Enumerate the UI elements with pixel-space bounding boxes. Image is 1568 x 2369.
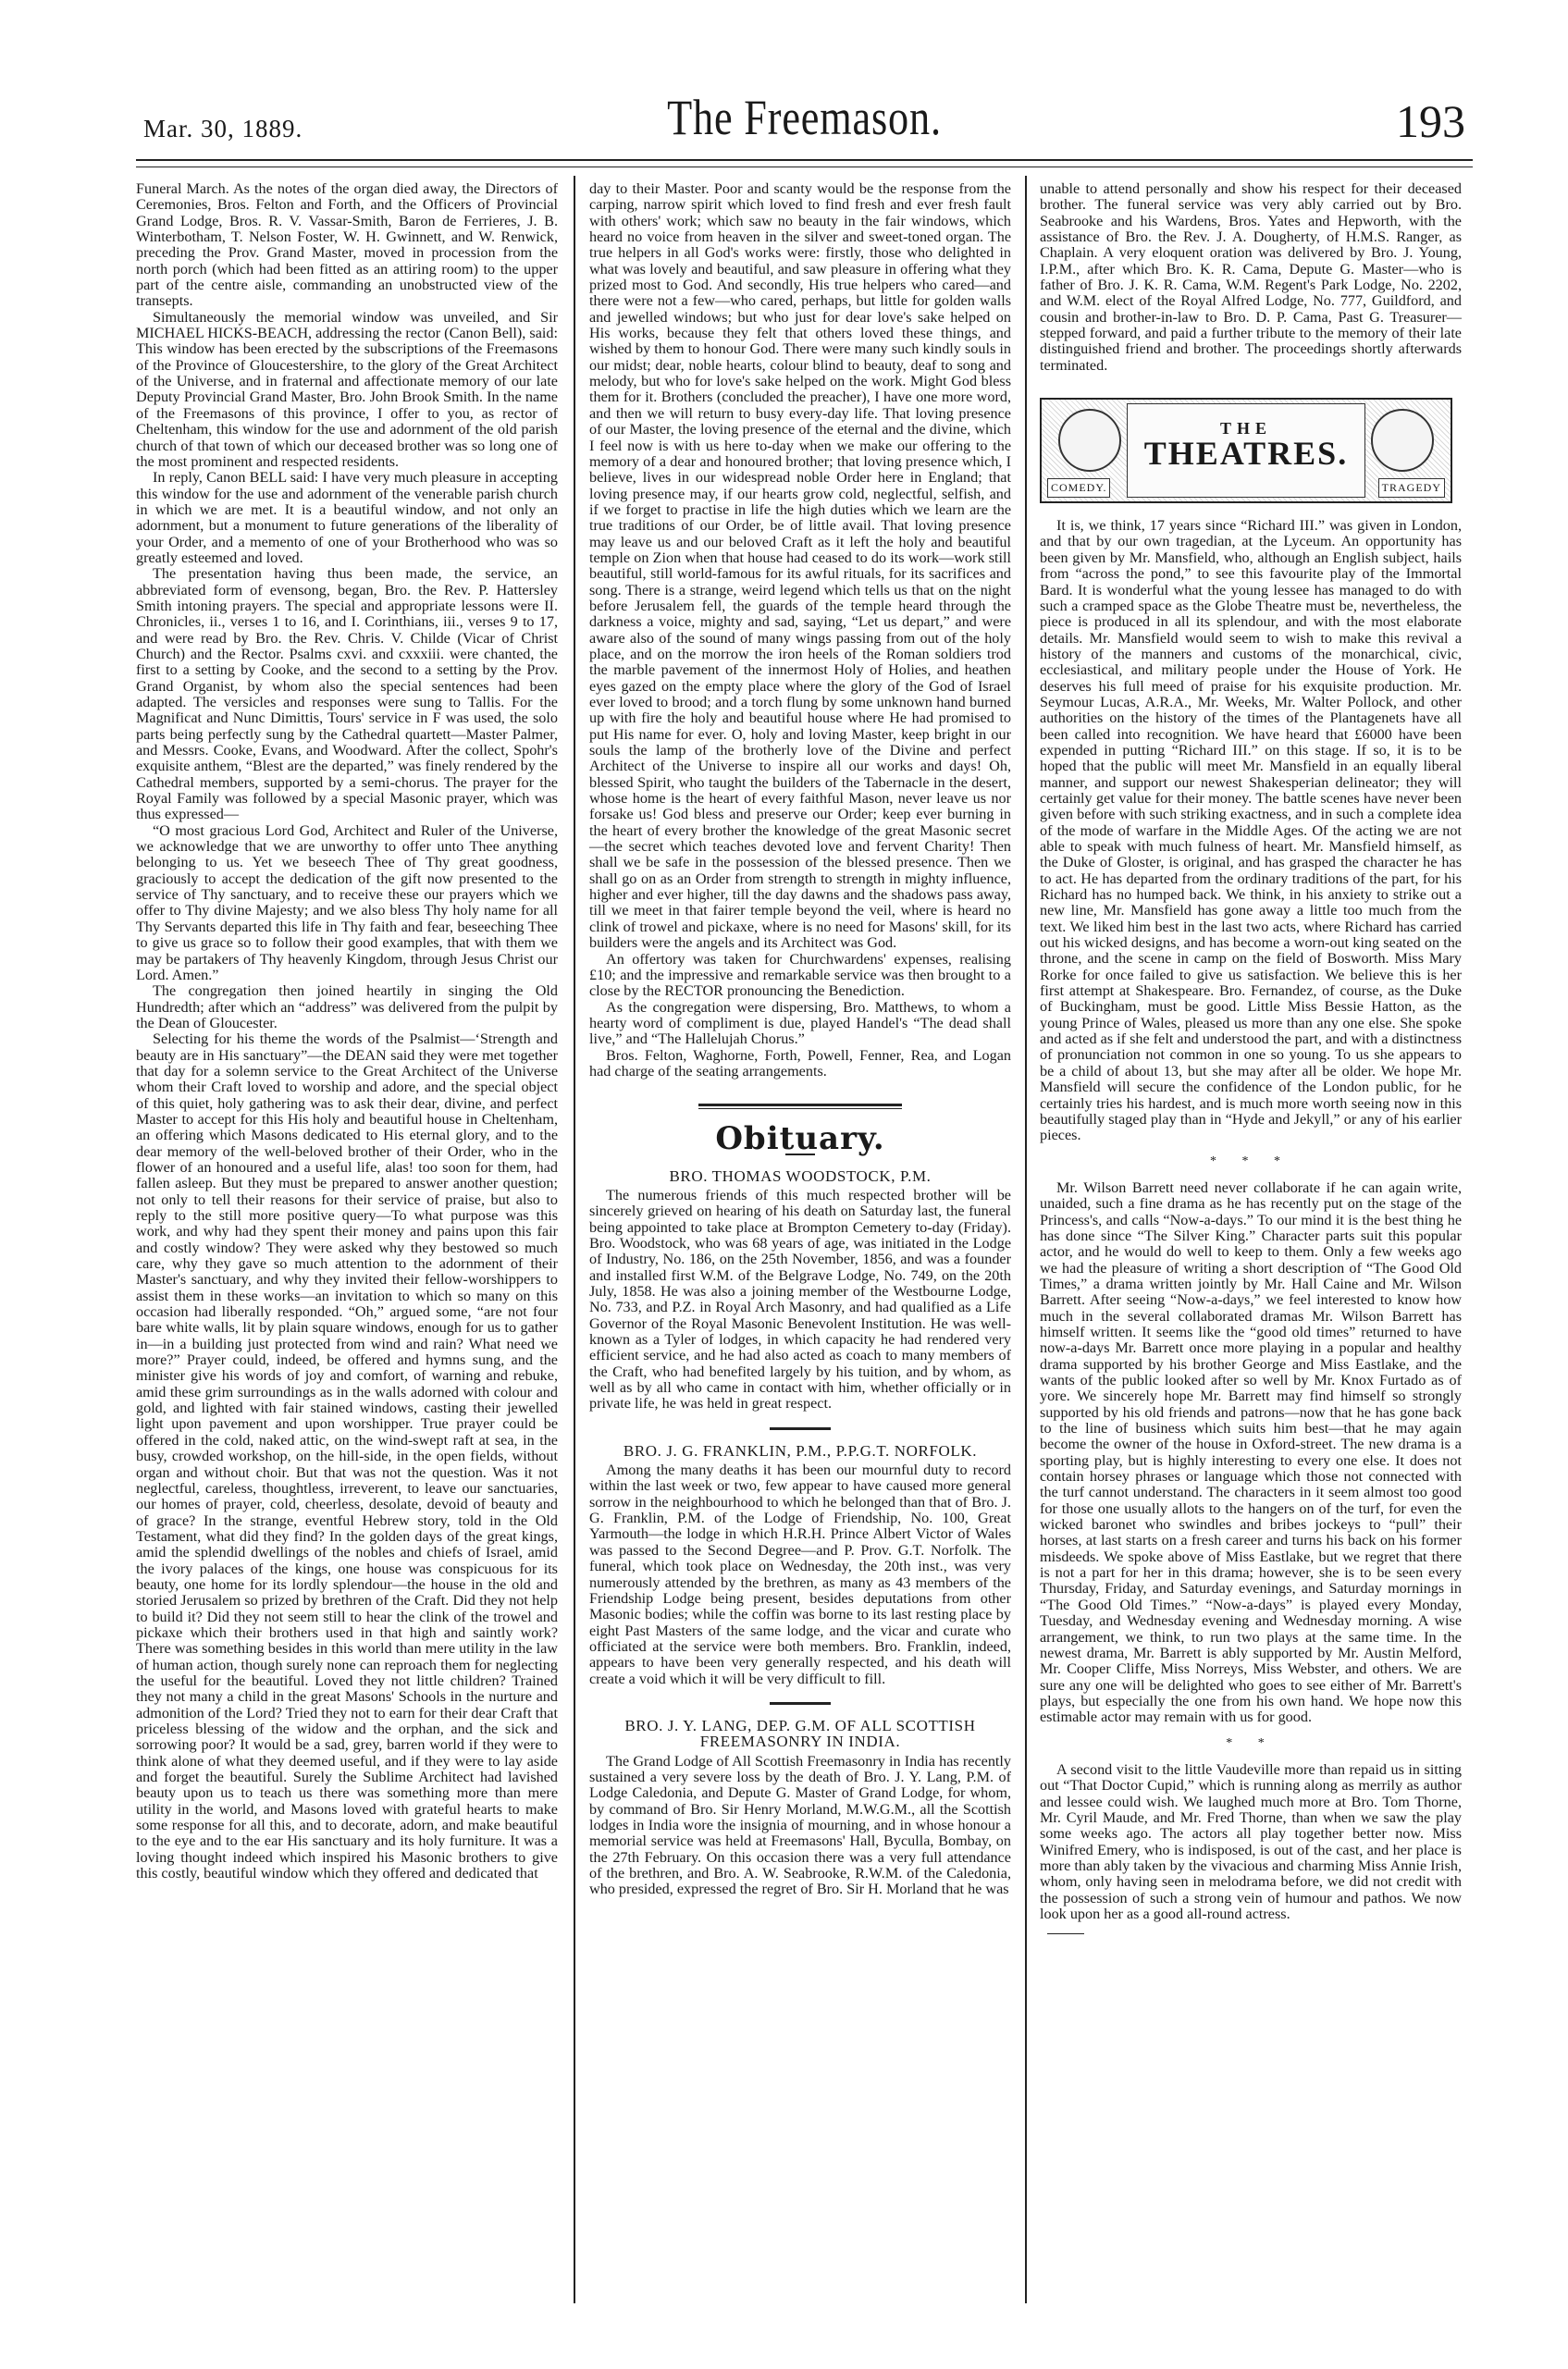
- end-mark: [1047, 1933, 1084, 1934]
- prayer-paragraph: “O most gracious Lord God, Architect and…: [136, 823, 558, 983]
- article-paragraph: Funeral March. As the notes of the organ…: [136, 181, 558, 310]
- theatre-review-now-a-days: Mr. Wilson Barrett need never collaborat…: [1040, 1180, 1462, 1726]
- obituary-title: BRO. J. Y. LANG, DEP. G.M. OF ALL SCOTTI…: [589, 1718, 1011, 1750]
- banner-center-panel: THE THEATRES.: [1127, 403, 1365, 498]
- obituary-heading: Obituary.: [589, 1131, 1011, 1147]
- page-number: 193: [1396, 94, 1465, 148]
- theatre-review-vaudeville: A second visit to the little Vaudeville …: [1040, 1762, 1462, 1922]
- comedy-mask-icon: [1058, 409, 1121, 472]
- article-paragraph: Simultaneously the memorial window was u…: [136, 310, 558, 470]
- theatres-banner: THE THEATRES. COMEDY. TRAGEDY: [1040, 398, 1452, 503]
- obituary-text: Among the many deaths it has been our mo…: [589, 1462, 1011, 1687]
- column-divider: [574, 176, 575, 2303]
- banner-title: THEATRES.: [1128, 437, 1364, 470]
- theatre-review-richard-iii: It is, we think, 17 years since “Richard…: [1040, 518, 1462, 1143]
- tragedy-label: TRAGEDY: [1378, 478, 1445, 498]
- masthead: Mar. 30, 1889. The Freemason. 193: [136, 89, 1473, 148]
- obituary-text: The numerous friends of this much respec…: [589, 1188, 1011, 1413]
- sermon-paragraph: Selecting for his theme the words of the…: [136, 1031, 558, 1882]
- article-paragraph: The presentation having thus been made, …: [136, 566, 558, 823]
- section-stars: * *: [1040, 1735, 1462, 1751]
- article-paragraph: As the congregation were dispersing, Bro…: [589, 1000, 1011, 1048]
- tragedy-mask-icon: [1371, 409, 1434, 472]
- article-paragraph: Bros. Felton, Waghorne, Forth, Powell, F…: [589, 1048, 1011, 1080]
- obituary-text: The Grand Lodge of All Scottish Freemaso…: [589, 1754, 1011, 1898]
- header-rule: [136, 159, 1473, 167]
- obituary-continuation: unable to attend personally and show his…: [1040, 181, 1462, 374]
- column-divider: [1025, 176, 1027, 2303]
- article-paragraph: In reply, Canon BELL said: I have very m…: [136, 470, 558, 566]
- section-stars: * * *: [1040, 1154, 1462, 1169]
- obituary-title: BRO. THOMAS WOODSTOCK, P.M.: [589, 1168, 1011, 1184]
- newspaper-title: The Freemason.: [256, 89, 1352, 146]
- article-paragraph: The congregation then joined heartily in…: [136, 983, 558, 1031]
- column-1: Funeral March. As the notes of the organ…: [136, 181, 558, 1882]
- article-paragraph: An offertory was taken for Churchwardens…: [589, 952, 1011, 1000]
- sermon-continuation: day to their Master. Poor and scanty wou…: [589, 181, 1011, 952]
- section-separator: [698, 1104, 902, 1109]
- obituary-separator: [770, 1427, 831, 1430]
- column-3: unable to attend personally and show his…: [1040, 181, 1462, 1939]
- obituary-title: BRO. J. G. FRANKLIN, P.M., P.P.G.T. NORF…: [589, 1443, 1011, 1459]
- column-2: day to their Master. Poor and scanty wou…: [589, 181, 1011, 1898]
- obituary-separator: [770, 1702, 831, 1705]
- comedy-label: COMEDY.: [1047, 478, 1110, 498]
